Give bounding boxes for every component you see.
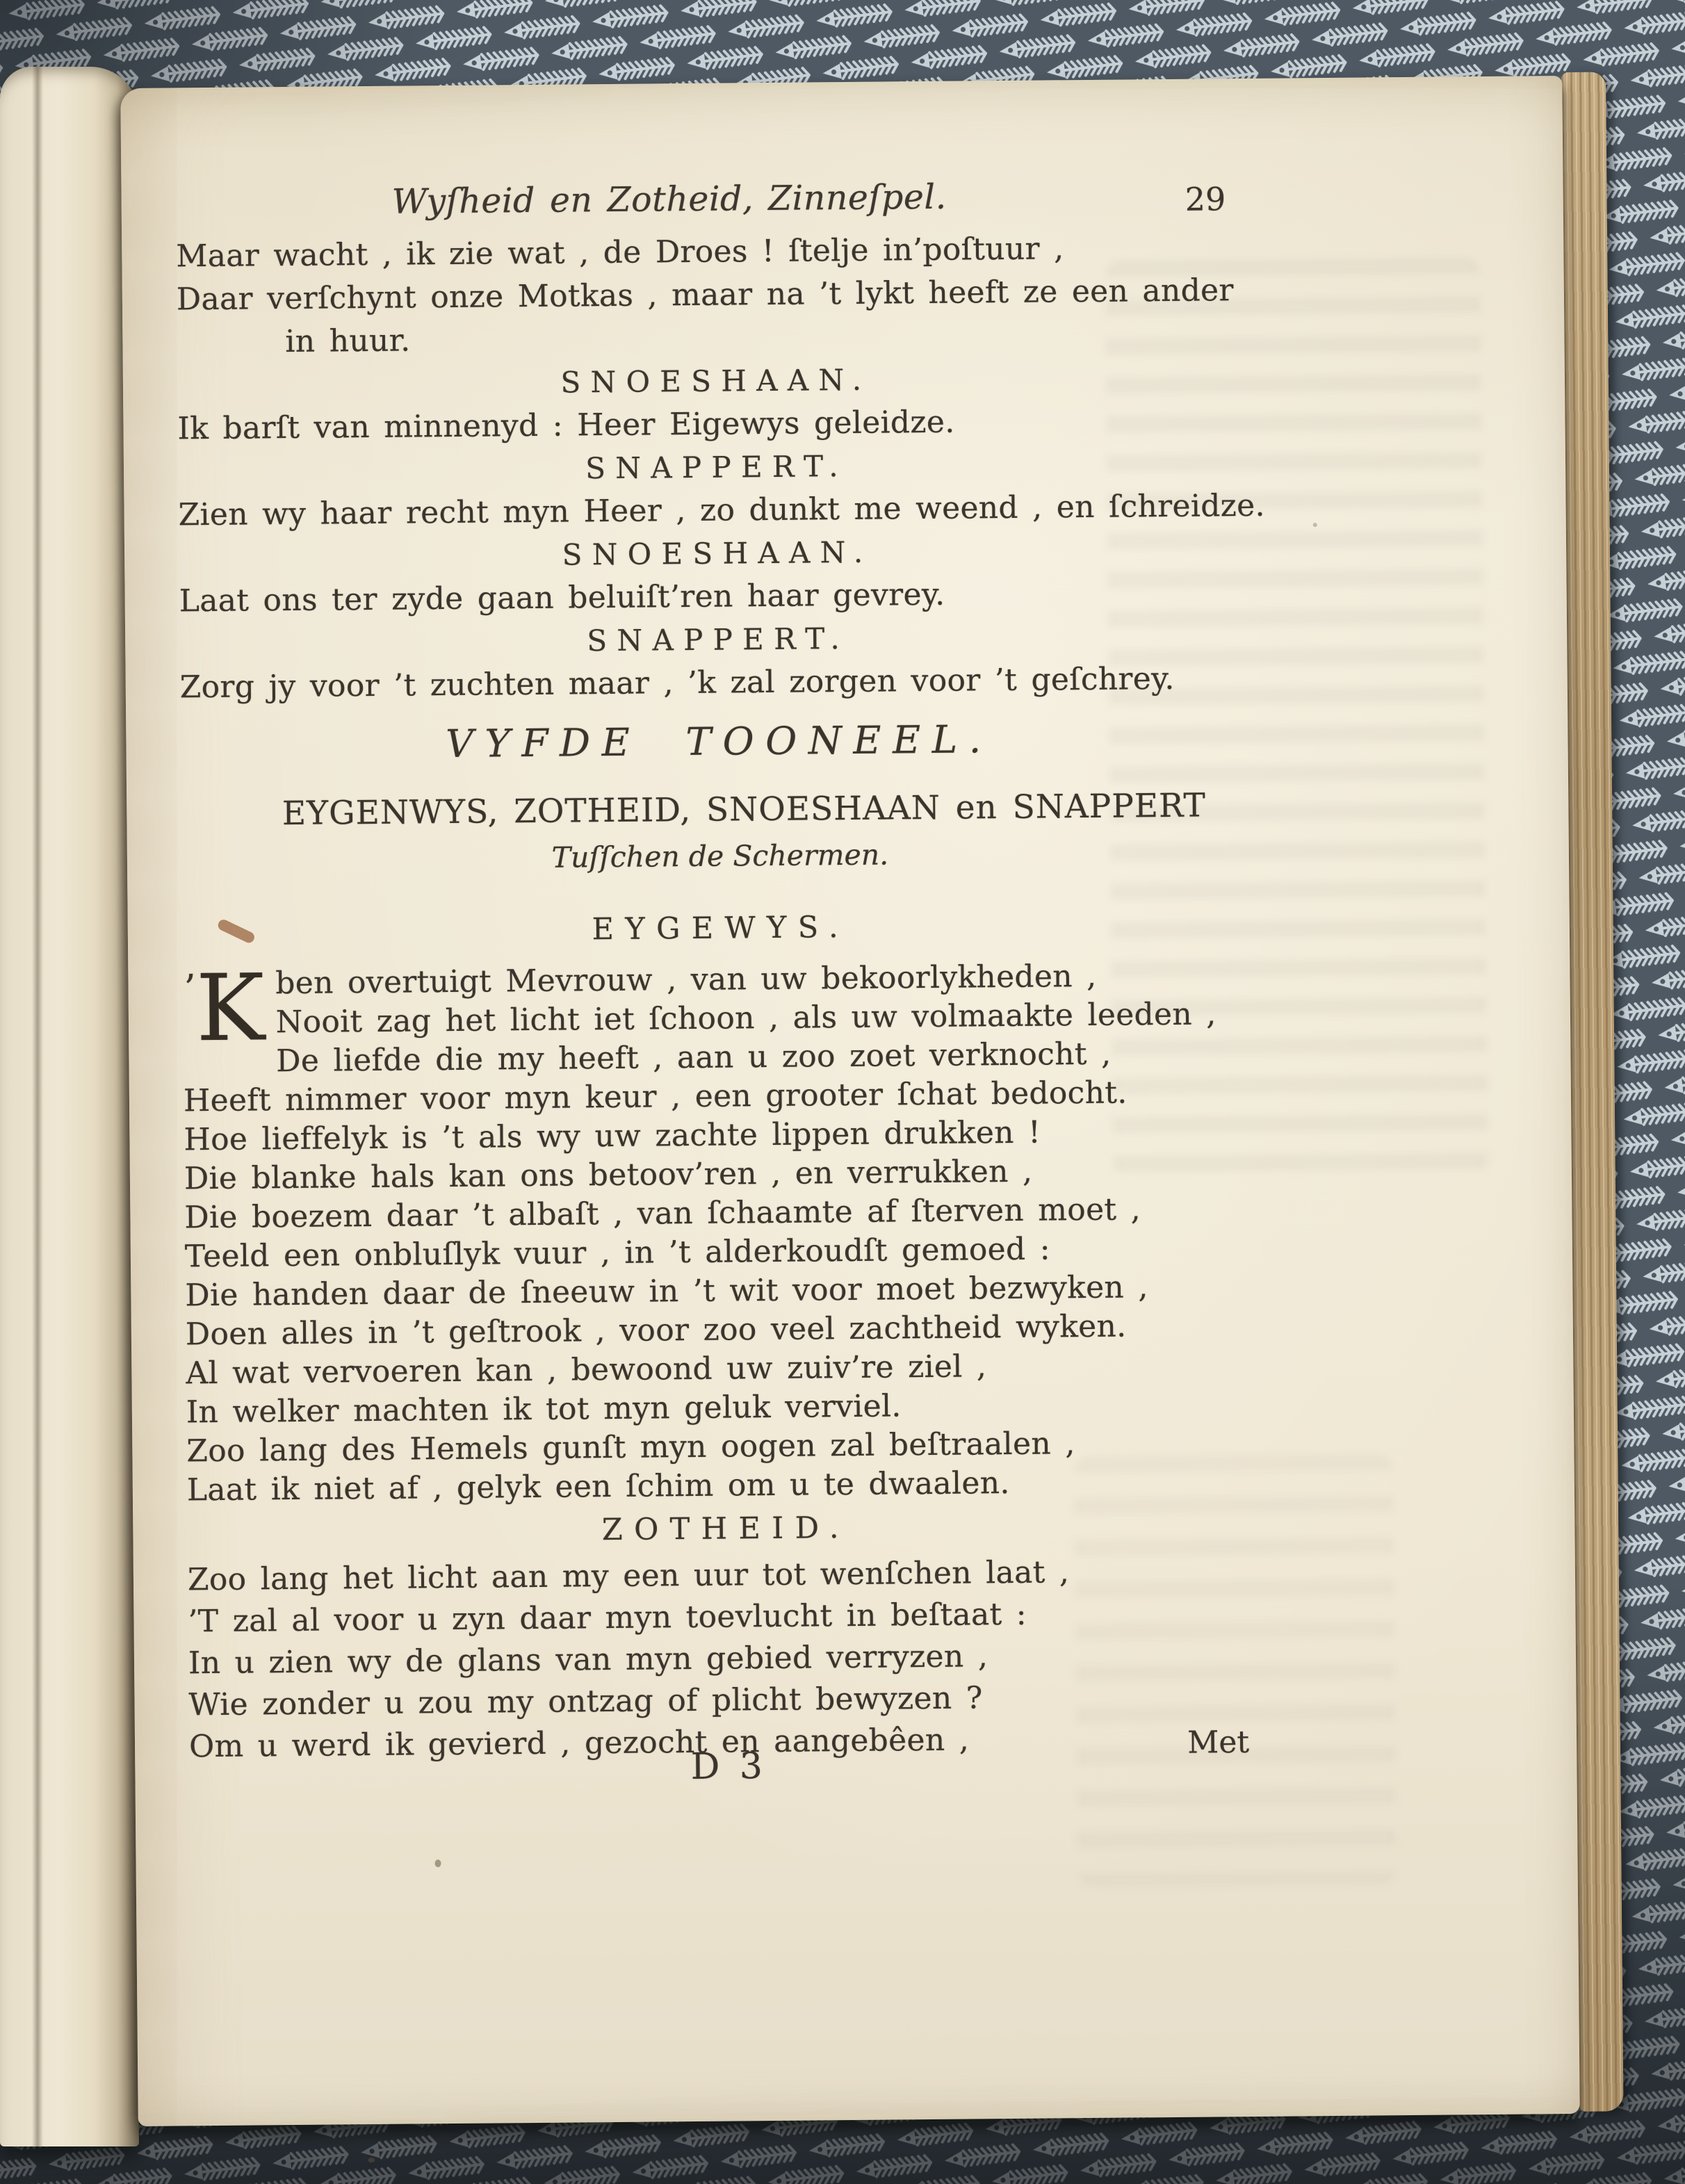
speaker-name: EYGEWYS. [182,904,1308,952]
text-column: Wyſheid en Zotheid, Zinneſpel. 29 Maar w… [174,78,1319,2126]
paper-speck [368,2158,375,2162]
stage-direction: Tuſſchen de Schermen. [181,833,1308,878]
scene-title: VYFDE TOONEEL. [180,712,1307,770]
paper-speck [1313,523,1317,527]
drop-cap-apostrophe: ’ [184,966,196,1010]
speech-body: ’K ben overtuigt Mevrouw , van uw bekoor… [182,955,1313,1510]
eygewys-speech: EYGEWYS. ’K ben overtuigt Mevrouw , van … [182,904,1313,1510]
speaker-name: ZOTHEID. [187,1504,1313,1553]
scene-heading-block: VYFDE TOONEEL. EYGENWYS, ZOTHEID, SNOESH… [180,712,1308,878]
dialogue-block: Maar wacht , ik zie wat , de Droes ! ſte… [176,225,1306,709]
page-number: 29 [1185,180,1226,218]
verse-line: Zorg jy voor ’t zuchten maar , ’k zal zo… [180,656,1306,709]
signature-mark: D 3 [165,1741,1292,1792]
gutter-crease [32,67,43,2146]
cast-line: EYGENWYS, ZOTHEID, SNOESHAAN en SNAPPERT [181,785,1307,835]
photo-scene: Wyſheid en Zotheid, Zinneſpel. 29 Maar w… [0,0,1685,2184]
underlying-page-edge [0,67,139,2146]
drop-cap-letter: K [195,954,265,1062]
drop-cap: ’K [184,965,265,1044]
running-title: Wyſheid en Zotheid, Zinneſpel. [203,175,1134,223]
book-page: Wyſheid en Zotheid, Zinneſpel. 29 Maar w… [120,76,1580,2126]
